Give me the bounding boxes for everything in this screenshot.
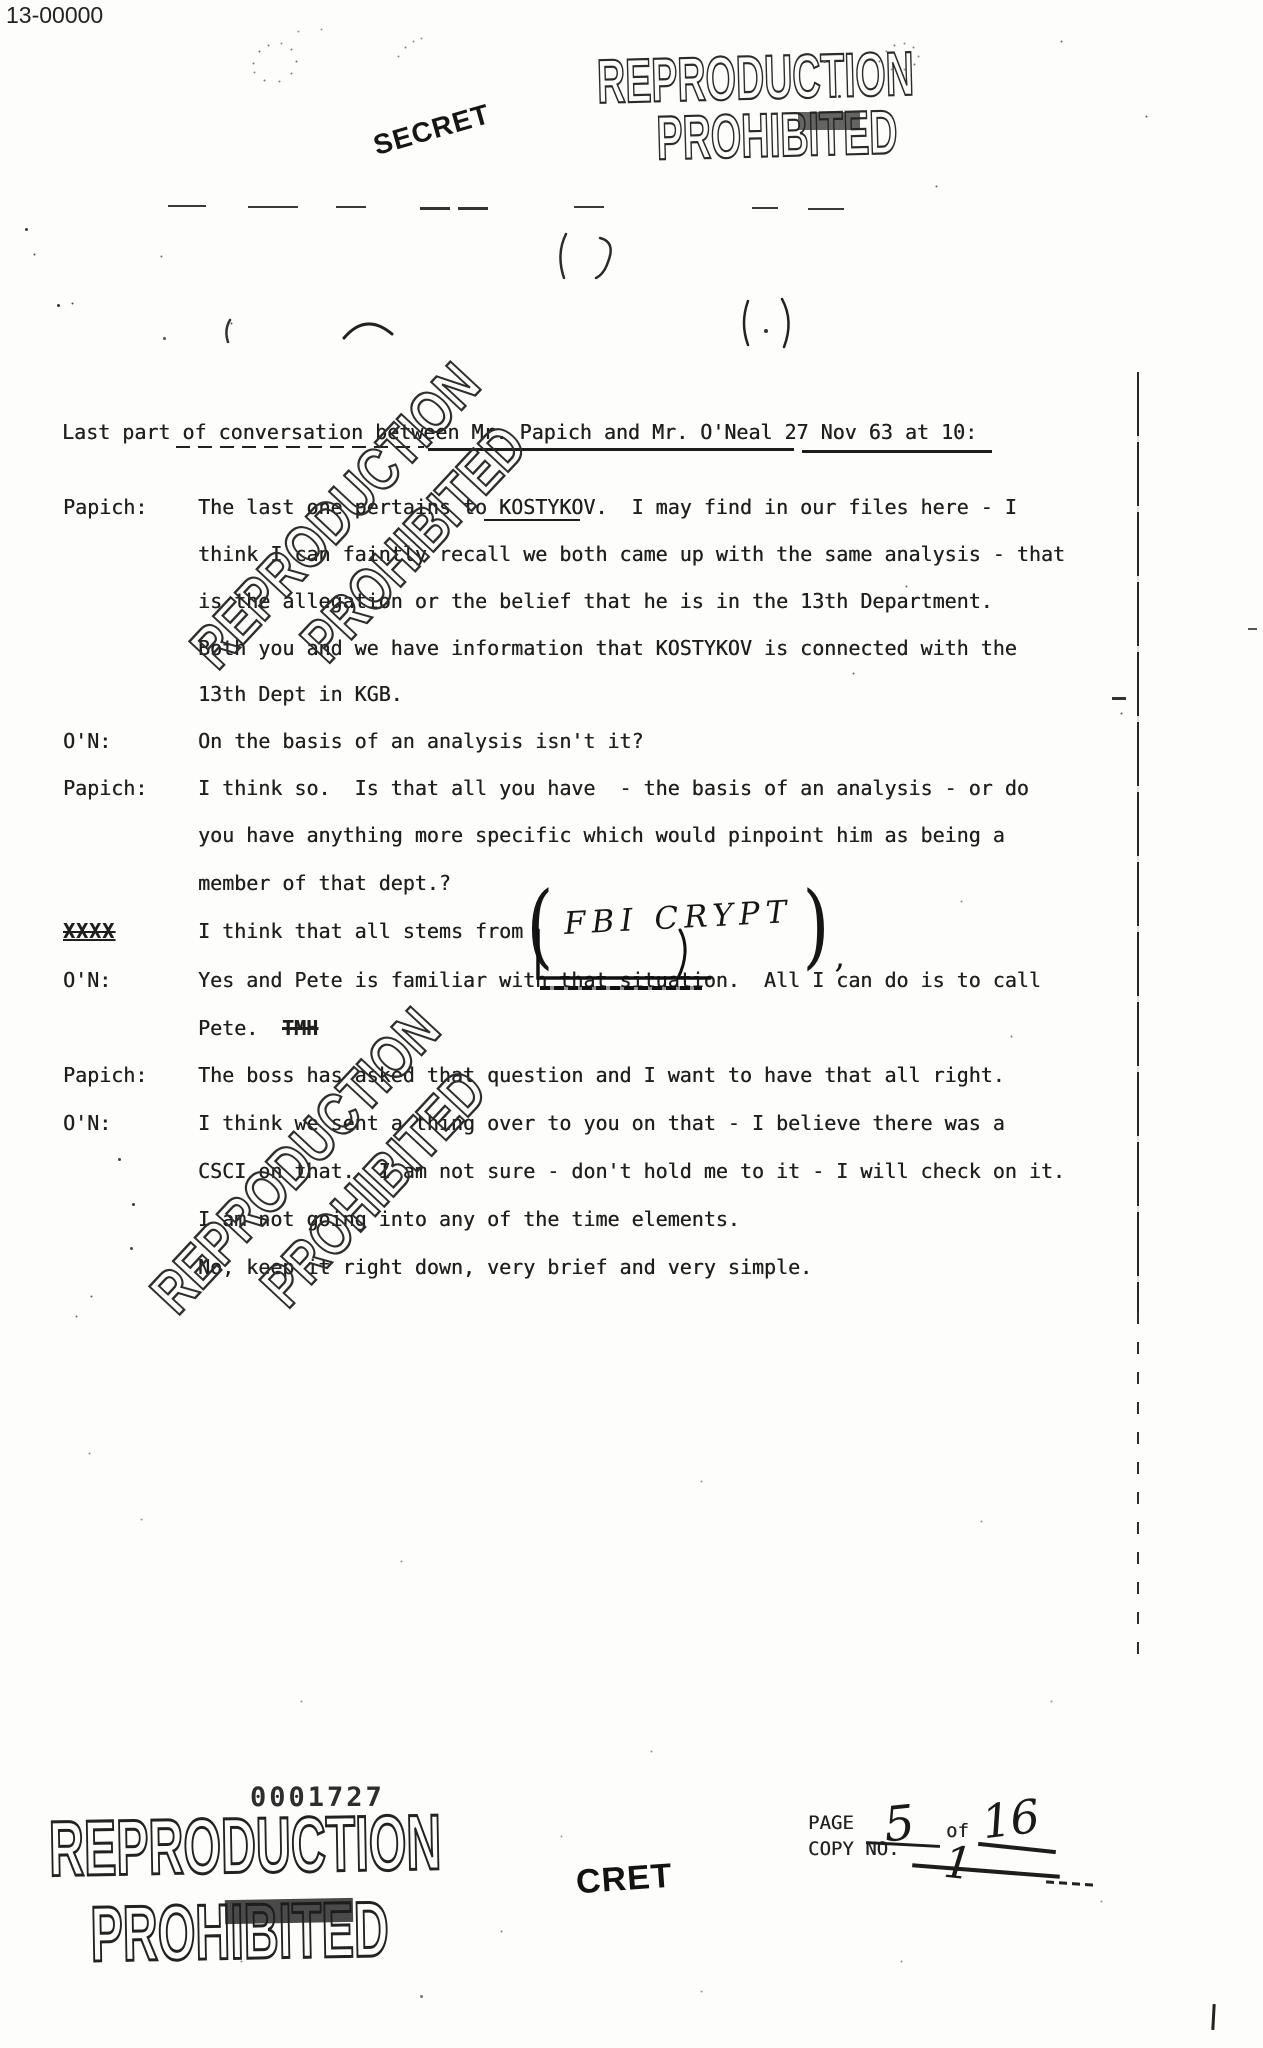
that-situation-underline [540, 986, 702, 990]
document-id: 13-00000 [6, 2, 103, 29]
scan-noise-specks [0, 0, 3, 3]
scanned-document-page: { "page": { "corner_id": "13-00000" }, "… [0, 0, 1263, 2048]
stamp-ink-smudge [798, 112, 860, 130]
secret-stamp: SECRET [370, 98, 494, 162]
pen-mark-arc [340, 312, 400, 342]
line-text: member of that dept.? [198, 871, 451, 895]
handwritten-total-pages: 16 [979, 1789, 1042, 1849]
handwritten-close-paren: ) [803, 887, 830, 965]
scan-artifact-dash [336, 206, 366, 208]
scan-artifact-dash [248, 206, 298, 208]
handwritten-bracket-mark [528, 926, 728, 986]
stamp-line: PROHIBITED [656, 102, 898, 170]
scan-artifact-dash [420, 207, 496, 210]
line-text: you have anything more specific which wo… [198, 823, 1005, 847]
title-underline [802, 450, 992, 453]
line-text: Pete. [198, 1016, 258, 1040]
stamp-ink-smudge [225, 1898, 353, 1924]
struck-out-word: TMH [282, 1016, 318, 1040]
page-label: PAGE [808, 1812, 854, 1834]
speaker-label: O'N: [63, 729, 111, 753]
scan-artifact-dash [808, 208, 844, 210]
scan-artifact-dash [752, 207, 778, 209]
reproduction-prohibited-watermark: REPRODUCTION PROHIBITED [114, 960, 581, 1440]
speaker-label: O'N: [63, 968, 111, 992]
scan-artifact-vertical-line [1137, 1312, 1139, 1662]
scan-artifact-corner-tick [1211, 2004, 1215, 2030]
speaker-label: Papich: [63, 776, 147, 800]
scan-artifact-dash [574, 206, 604, 208]
scan-artifact-dash [1112, 697, 1126, 700]
handwritten-comma: , [834, 936, 845, 976]
pen-mark-tick [222, 318, 234, 344]
pen-mark-parens [738, 295, 800, 351]
copy-number-underline [912, 1863, 1060, 1879]
speaker-label: Papich: [63, 1063, 147, 1087]
stamp-line: REPRODUCTION [48, 1803, 442, 1888]
speaker-label: Papich: [63, 495, 147, 519]
redacted-speaker-label: XXXX [63, 919, 115, 943]
line-text: I think that all stems from [198, 919, 523, 943]
handwritten-copy-number: 1 [941, 1837, 974, 1891]
pen-mark-hook [556, 232, 626, 287]
scan-artifact-dash [168, 205, 206, 207]
speaker-label: O'N: [63, 1111, 111, 1135]
copy-number-underline-dashes [1046, 1880, 1094, 1886]
secret-stamp-partial: CRET [575, 1857, 674, 1903]
scan-artifact-vertical-line [1137, 372, 1139, 1312]
scan-artifact-dash [1248, 628, 1257, 630]
line-text: I think so. Is that all you have - the b… [198, 776, 1029, 800]
